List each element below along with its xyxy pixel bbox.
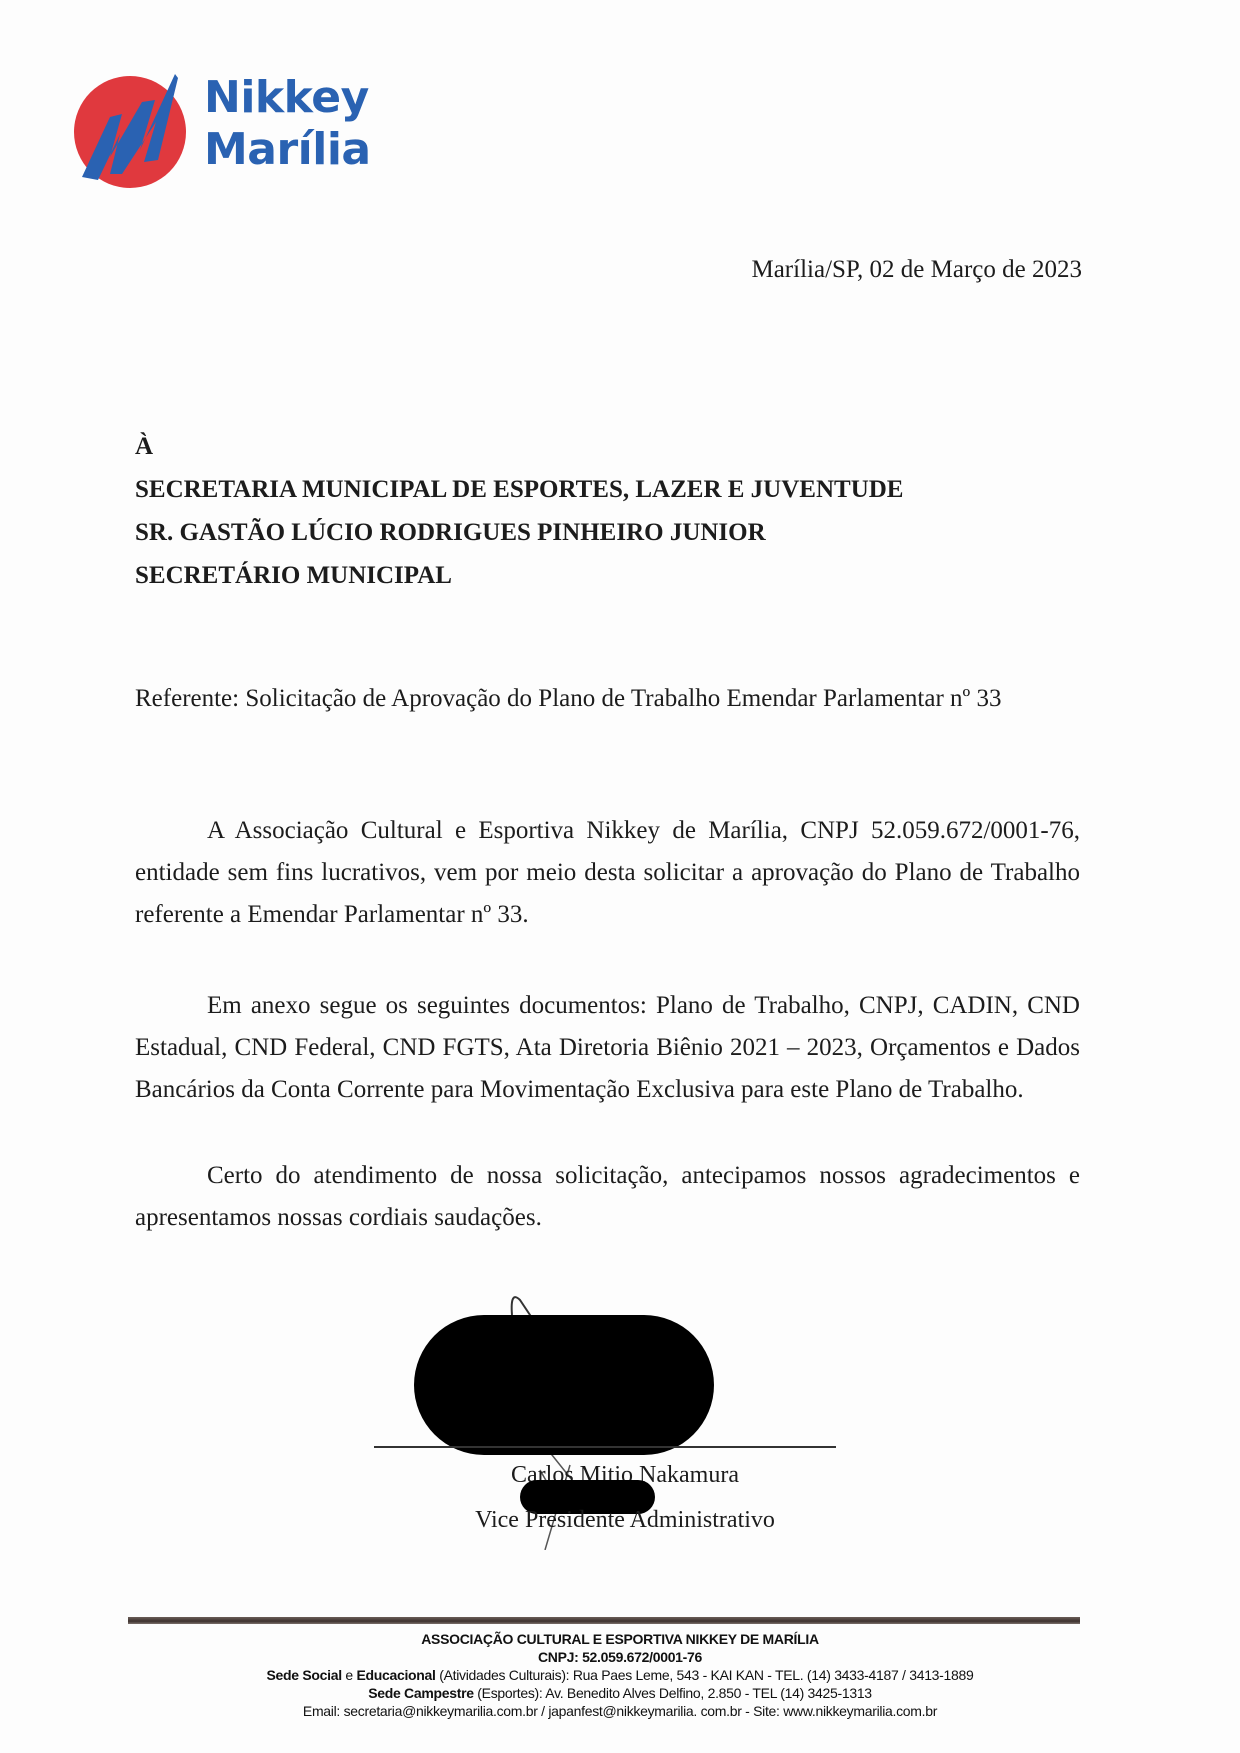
letterhead-footer: ASSOCIAÇÃO CULTURAL E ESPORTIVA NIKKEY D… <box>0 1630 1240 1720</box>
recipient-block: À SECRETARIA MUNICIPAL DE ESPORTES, LAZE… <box>135 425 903 597</box>
nikkey-n-logo-icon <box>70 62 200 192</box>
footer-divider <box>128 1617 1080 1624</box>
recipient-salutation: À <box>135 425 903 468</box>
logo-line-1: Nikkey <box>204 72 371 124</box>
paragraph-1-text: A Associação Cultural e Esportiva Nikkey… <box>135 817 1080 928</box>
sede-social-text: (Atividades Culturais): Rua Paes Leme, 5… <box>436 1667 974 1683</box>
email-link-secretaria[interactable]: secretaria@nikkeymarilia.com.br <box>344 1703 538 1719</box>
signatory-role: Vice Presidente Administrativo <box>0 1507 1240 1534</box>
footer-sede-campestre: Sede Campestre (Esportes): Av. Benedito … <box>0 1684 1240 1702</box>
sede-social-label: Sede Social <box>267 1667 342 1683</box>
contact-separator: / <box>541 1703 545 1719</box>
email-label: Email: <box>303 1703 340 1719</box>
recipient-name: SR. GASTÃO LÚCIO RODRIGUES PINHEIRO JUNI… <box>135 511 903 554</box>
logo-line-2: Marília <box>204 124 371 176</box>
footer-org-name: ASSOCIAÇÃO CULTURAL E ESPORTIVA NIKKEY D… <box>421 1631 819 1647</box>
body-paragraph-2: Em anexo segue os seguintes documentos: … <box>135 985 1080 1111</box>
organization-logo: Nikkey Marília <box>70 62 390 202</box>
sede-campestre-label: Sede Campestre <box>368 1685 474 1701</box>
paragraph-2-text: Em anexo segue os seguintes documentos: … <box>135 992 1080 1103</box>
site-link[interactable]: www.nikkeymarilia.com.br <box>783 1703 937 1719</box>
redacted-signature <box>414 1315 714 1455</box>
sede-social-conj: e <box>342 1667 357 1683</box>
sede-social-label-2: Educacional <box>356 1667 435 1683</box>
body-paragraph-1: A Associação Cultural e Esportiva Nikkey… <box>135 810 1080 936</box>
body-paragraph-3: Certo do atendimento de nossa solicitaçã… <box>135 1155 1080 1239</box>
letter-date: Marília/SP, 02 de Março de 2023 <box>751 256 1082 284</box>
recipient-organization: SECRETARIA MUNICIPAL DE ESPORTES, LAZER … <box>135 468 903 511</box>
sede-campestre-text: (Esportes): Av. Benedito Alves Delfino, … <box>474 1685 872 1701</box>
site-label: - Site: <box>745 1703 779 1719</box>
footer-sede-social: Sede Social e Educacional (Atividades Cu… <box>0 1666 1240 1684</box>
paragraph-3-text: Certo do atendimento de nossa solicitaçã… <box>135 1162 1080 1231</box>
footer-cnpj: CNPJ: 52.059.672/0001-76 <box>538 1649 702 1665</box>
footer-contact: Email: secretaria@nikkeymarilia.com.br /… <box>0 1702 1240 1720</box>
recipient-title: SECRETÁRIO MUNICIPAL <box>135 554 903 597</box>
signature-line <box>374 1446 836 1448</box>
logo-wordmark: Nikkey Marília <box>204 72 371 176</box>
email-link-japanfest[interactable]: japanfest@nikkeymarilia. com.br <box>548 1703 741 1719</box>
subject-line: Referente: Solicitação de Aprovação do P… <box>135 685 1002 713</box>
